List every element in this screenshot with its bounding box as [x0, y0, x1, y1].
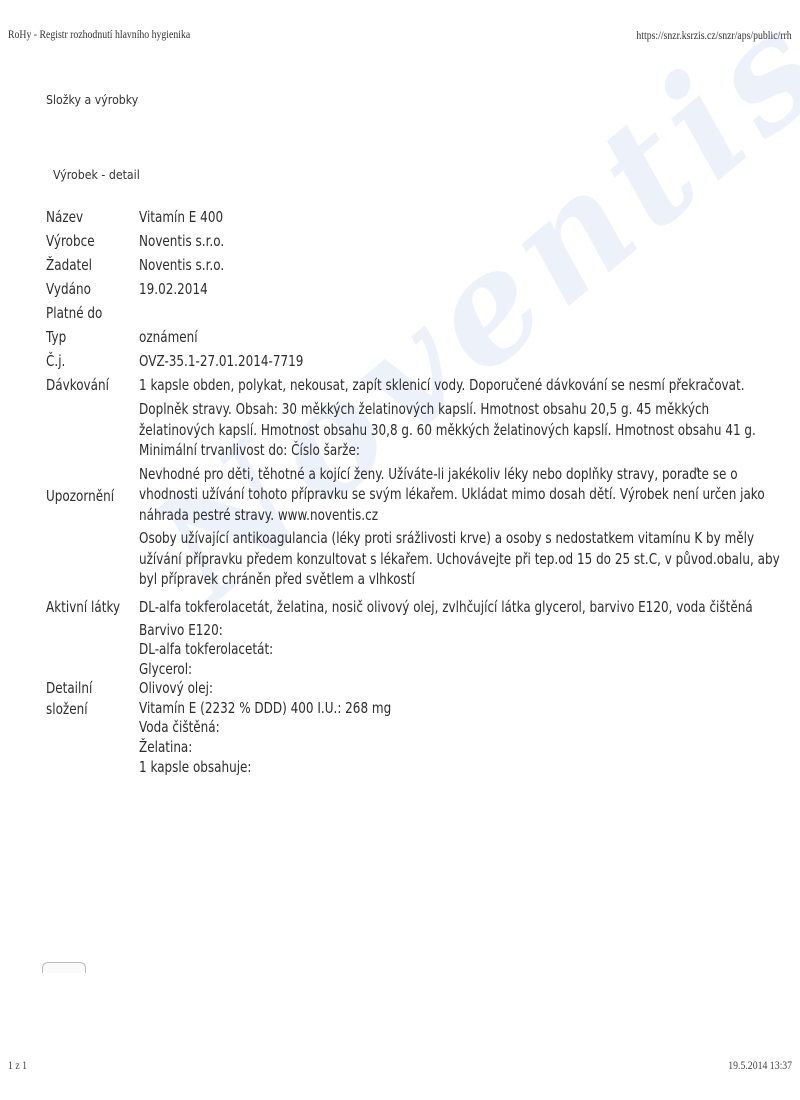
composition-list: Barvivo E120: DL-alfa tokferolacetát: Gl…: [139, 621, 800, 778]
field-value-applicant: Noventis s.r.o.: [139, 255, 224, 276]
field-row-reference: Č.j. OVZ-35.1-27.01.2014-7719: [46, 351, 800, 375]
page-number: 1 z 1: [8, 1060, 27, 1072]
field-row-issued: Vydáno 19.02.2014: [46, 279, 800, 303]
field-label: Upozornění: [46, 486, 114, 507]
field-label: Č.j.: [46, 351, 65, 372]
field-label: Platné do: [46, 303, 102, 324]
composition-item: Barvivo E120:: [139, 621, 223, 641]
field-label: Výrobce: [46, 231, 95, 252]
field-row-name: Název Vitamín E 400: [46, 207, 800, 231]
field-row-applicant: Žadatel Noventis s.r.o.: [46, 255, 800, 279]
field-value-issued: 19.02.2014: [139, 279, 208, 300]
back-button[interactable]: [42, 962, 86, 973]
field-value-active-ingredients: DL-alfa tokferolacetát, želatina, nosič …: [139, 597, 753, 618]
field-label: Dávkování: [46, 375, 109, 396]
field-label: složení: [46, 699, 88, 720]
field-row-composition: Detailní složení Barvivo E120: DL-alfa t…: [46, 621, 800, 778]
field-label: Žadatel: [46, 255, 92, 276]
field-value-dosage: 1 kapsle obden, polykat, nekousat, zapít…: [139, 375, 745, 396]
field-row-active-ingredients: Aktivní látky DL-alfa tokferolacetát, že…: [46, 593, 800, 621]
print-datetime: 19.5.2014 13:37: [728, 1060, 792, 1072]
detail-subtitle: Výrobek - detail: [53, 167, 140, 182]
field-row-warning: Upozornění Doplněk stravy. Obsah: 30 měk…: [46, 399, 800, 593]
print-header-title: RoHy - Registr rozhodnutí hlavního hygie…: [8, 29, 190, 41]
field-value-name: Vitamín E 400: [139, 207, 223, 228]
field-label: Název: [46, 207, 83, 228]
field-value-manufacturer: Noventis s.r.o.: [139, 231, 224, 252]
field-label: Aktivní látky: [46, 597, 120, 618]
section-title: Složky a výrobky: [46, 92, 138, 107]
composition-item: Glycerol:: [139, 660, 192, 680]
field-row-manufacturer: Výrobce Noventis s.r.o.: [46, 231, 800, 255]
field-row-valid-until: Platné do: [46, 303, 800, 327]
warning-paragraph: Nevhodné pro děti, těhotné a kojící ženy…: [139, 464, 789, 526]
composition-item: Voda čištěná:: [139, 718, 220, 738]
composition-item: Želatina:: [139, 738, 192, 758]
product-detail-table: Název Vitamín E 400 Výrobce Noventis s.r…: [46, 207, 800, 777]
field-label: Typ: [46, 327, 66, 348]
field-row-type: Typ oznámení: [46, 327, 800, 351]
warning-paragraph: Doplněk stravy. Obsah: 30 měkkých želati…: [139, 399, 789, 461]
composition-item: 1 kapsle obsahuje:: [139, 758, 251, 778]
field-row-dosage: Dávkování 1 kapsle obden, polykat, nekou…: [46, 375, 800, 399]
field-label: Detailní: [46, 678, 92, 699]
field-label: Vydáno: [46, 279, 91, 300]
warning-paragraph: Osoby užívající antikoagulancia (léky pr…: [139, 528, 789, 590]
print-header-url: https://snzr.ksrzis.cz/snzr/aps/public/r…: [637, 30, 792, 42]
composition-item: Olivový olej:: [139, 679, 213, 699]
composition-item: Vitamín E (2232 % DDD) 400 I.U.: 268 mg: [139, 699, 391, 719]
field-value-reference: OVZ-35.1-27.01.2014-7719: [139, 351, 303, 372]
composition-item: DL-alfa tokferolacetát:: [139, 640, 273, 660]
field-value-type: oznámení: [139, 327, 198, 348]
